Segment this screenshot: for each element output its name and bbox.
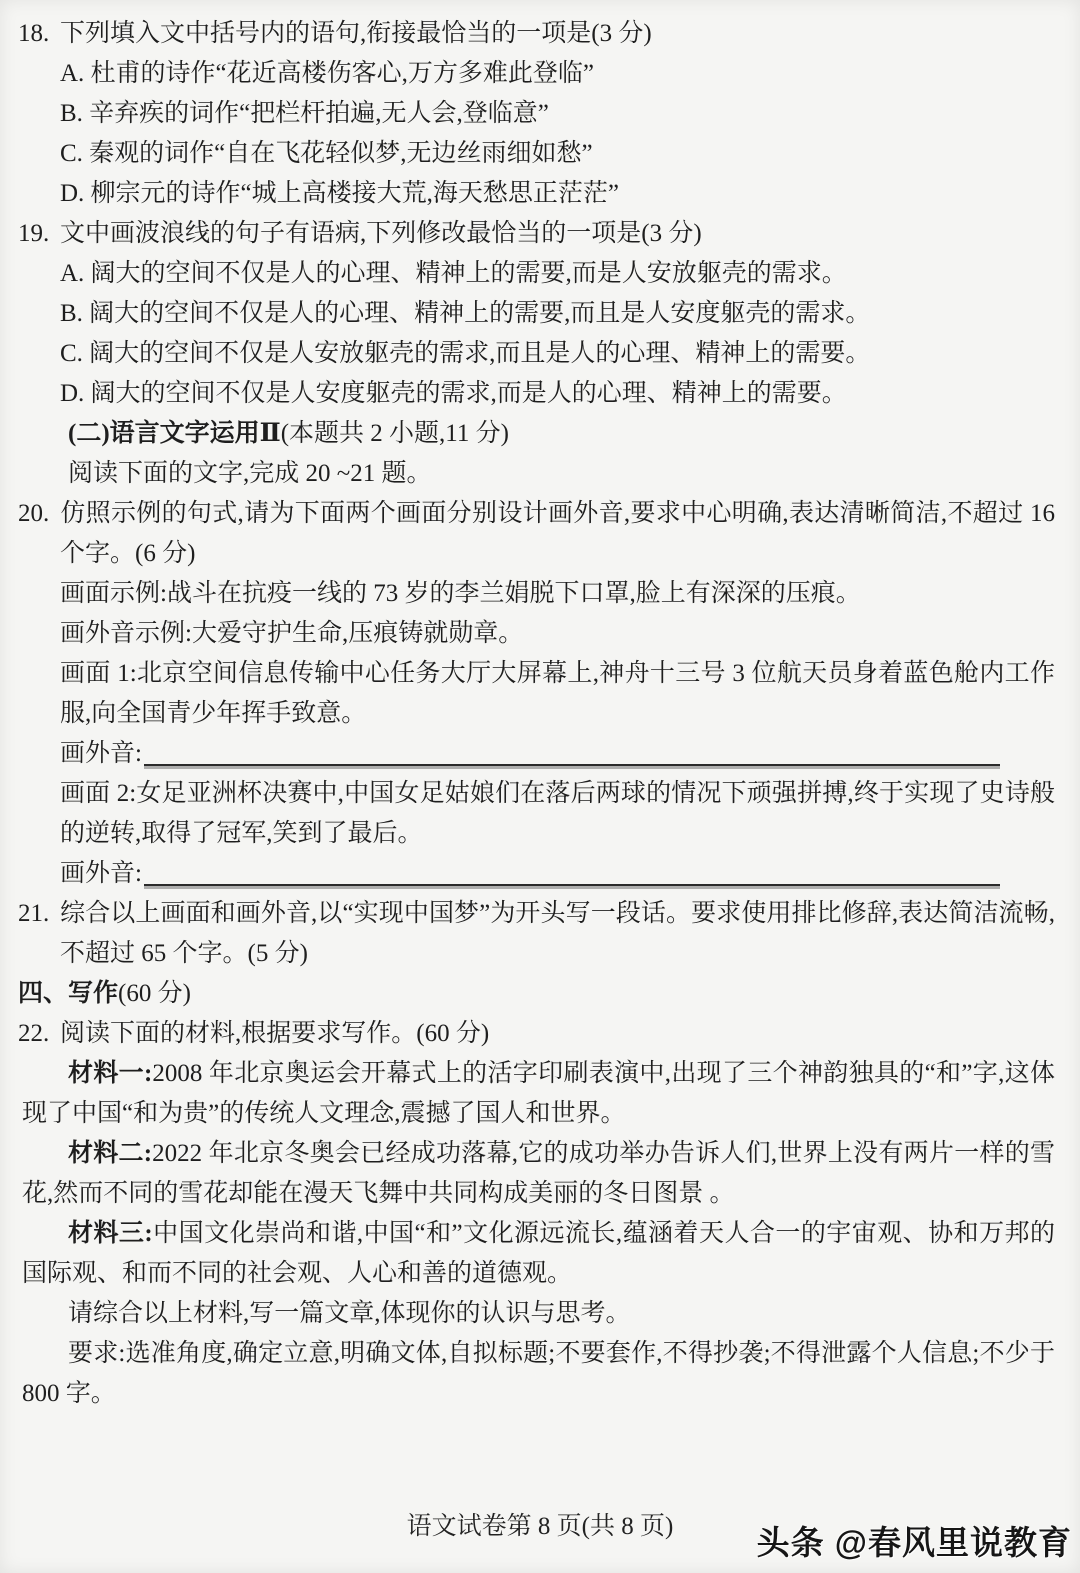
question-22-number: 22. [18,1014,60,1054]
question-19-stem-text: 文中画波浪线的句子有语病,下列修改最恰当的一项是(3 分) [60,220,702,247]
watermark: 头条 @春风里说教育 [757,1523,1072,1563]
question-22-requirements: 要求:选准角度,确定立意,明确文体,自拟标题;不要套作,不得抄袭;不得泄露个人信… [18,1334,1055,1414]
question-19: 19.文中画波浪线的句子有语病,下列修改最恰当的一项是(3 分) A. 阔大的空… [18,214,1055,414]
question-21-stem: 21.综合以上画面和画外音,以“实现中国梦”为开头写一段话。要求使用排比修辞,表… [18,894,1055,974]
answer-blank-line-1 [144,734,1000,766]
question-20-number: 20. [18,494,60,534]
question-20-scene-example: 画面示例:战斗在抗疫一线的 73 岁的李兰娟脱下口罩,脸上有深深的压痕。 [18,574,1055,614]
question-18-number: 18. [18,14,60,54]
material-2-text: 2022 年北京冬奥会已经成功落幕,它的成功举办告诉人们,世界上没有两片一样的雪… [22,1140,1055,1207]
question-18-option-a: A. 杜甫的诗作“花近高楼伤客心,万方多难此登临” [18,54,1055,94]
question-22: 22.阅读下面的材料,根据要求写作。(60 分) 材料一:2008 年北京奥运会… [18,1014,1055,1414]
section-2-intro: 阅读下面的文字,完成 20 ~21 题。 [18,454,1055,494]
question-18: 18.下列填入文中括号内的语句,衔接最恰当的一项是(3 分) A. 杜甫的诗作“… [18,14,1055,214]
question-19-option-b: B. 阔大的空间不仅是人的心理、精神上的需要,而且是人安度躯壳的需求。 [18,294,1055,334]
question-20-scene-2: 画面 2:女足亚洲杯决赛中,中国女足姑娘们在落后两球的情况下顽强拼搏,终于实现了… [18,774,1055,854]
question-18-option-b: B. 辛弃疾的词作“把栏杆拍遍,无人会,登临意” [18,94,1055,134]
exam-paper-page: 18.下列填入文中括号内的语句,衔接最恰当的一项是(3 分) A. 杜甫的诗作“… [0,0,1080,1573]
question-21-number: 21. [18,894,60,934]
question-20-stem: 20.仿照示例的句式,请为下面两个画面分别设计画外音,要求中心明确,表达清晰简洁… [18,494,1055,574]
question-20-voiceover-blank-2: 画外音: [18,854,1055,894]
question-19-option-d: D. 阔大的空间不仅是人安度躯壳的需求,而是人的心理、精神上的需要。 [18,374,1055,414]
question-19-stem: 19.文中画波浪线的句子有语病,下列修改最恰当的一项是(3 分) [18,214,1055,254]
material-1-text: 2008 年北京奥运会开幕式上的活字印刷表演中,出现了三个神韵独具的“和”字,这… [22,1060,1055,1127]
section-4-title: 四、写作 [18,980,118,1007]
section-4-heading: 四、写作(60 分) [18,974,1055,1014]
question-19-number: 19. [18,214,60,254]
voiceover-label-1: 画外音: [60,734,142,774]
material-1-label: 材料一: [68,1060,152,1087]
question-18-stem-text: 下列填入文中括号内的语句,衔接最恰当的一项是(3 分) [60,20,652,47]
page-footer: 语文试卷第 8 页(共 8 页) 头条 @春风里说教育 [0,1478,1080,1573]
answer-blank-line-2 [144,854,1000,886]
question-22-stem: 22.阅读下面的材料,根据要求写作。(60 分) [18,1014,1055,1054]
material-3: 材料三:中国文化崇尚和谐,中国“和”文化源远流长,蕴涵着天人合一的宇宙观、协和万… [18,1214,1055,1294]
material-3-text: 中国文化崇尚和谐,中国“和”文化源远流长,蕴涵着天人合一的宇宙观、协和万邦的国际… [22,1220,1055,1287]
question-18-stem: 18.下列填入文中括号内的语句,衔接最恰当的一项是(3 分) [18,14,1055,54]
material-1: 材料一:2008 年北京奥运会开幕式上的活字印刷表演中,出现了三个神韵独具的“和… [18,1054,1055,1134]
question-19-option-c: C. 阔大的空间不仅是人安放躯壳的需求,而且是人的心理、精神上的需要。 [18,334,1055,374]
material-2-label: 材料二: [68,1140,152,1167]
question-18-option-c: C. 秦观的词作“自在飞花轻似梦,无边丝雨细如愁” [18,134,1055,174]
question-20-scene-1: 画面 1:北京空间信息传输中心任务大厅大屏幕上,神舟十三号 3 位航天员身着蓝色… [18,654,1055,734]
question-22-stem-text: 阅读下面的材料,根据要求写作。(60 分) [60,1020,489,1047]
material-2: 材料二:2022 年北京冬奥会已经成功落幕,它的成功举办告诉人们,世界上没有两片… [18,1134,1055,1214]
question-20-voiceover-example: 画外音示例:大爱守护生命,压痕铸就勋章。 [18,614,1055,654]
question-21: 21.综合以上画面和画外音,以“实现中国梦”为开头写一段话。要求使用排比修辞,表… [18,894,1055,974]
question-19-option-a: A. 阔大的空间不仅是人的心理、精神上的需要,而是人安放躯壳的需求。 [18,254,1055,294]
section-2-title-suffix: (本题共 2 小题,11 分) [281,420,509,447]
question-22-summary: 请综合以上材料,写一篇文章,体现你的认识与思考。 [18,1294,1055,1334]
question-20-voiceover-blank-1: 画外音: [18,734,1055,774]
question-18-option-d: D. 柳宗元的诗作“城上高楼接大荒,海天愁思正茫茫” [18,174,1055,214]
question-20: 20.仿照示例的句式,请为下面两个画面分别设计画外音,要求中心明确,表达清晰简洁… [18,494,1055,894]
voiceover-label-2: 画外音: [60,854,142,894]
section-2-title: (二)语言文字运用Ⅱ [68,420,281,447]
section-2-heading: (二)语言文字运用Ⅱ(本题共 2 小题,11 分) [18,414,1055,454]
question-20-stem-text: 仿照示例的句式,请为下面两个画面分别设计画外音,要求中心明确,表达清晰简洁,不超… [60,500,1055,567]
section-2: (二)语言文字运用Ⅱ(本题共 2 小题,11 分) 阅读下面的文字,完成 20 … [18,414,1055,494]
material-3-label: 材料三: [68,1220,153,1247]
question-21-stem-text: 综合以上画面和画外音,以“实现中国梦”为开头写一段话。要求使用排比修辞,表达简洁… [60,900,1055,967]
section-4-title-suffix: (60 分) [118,980,191,1007]
